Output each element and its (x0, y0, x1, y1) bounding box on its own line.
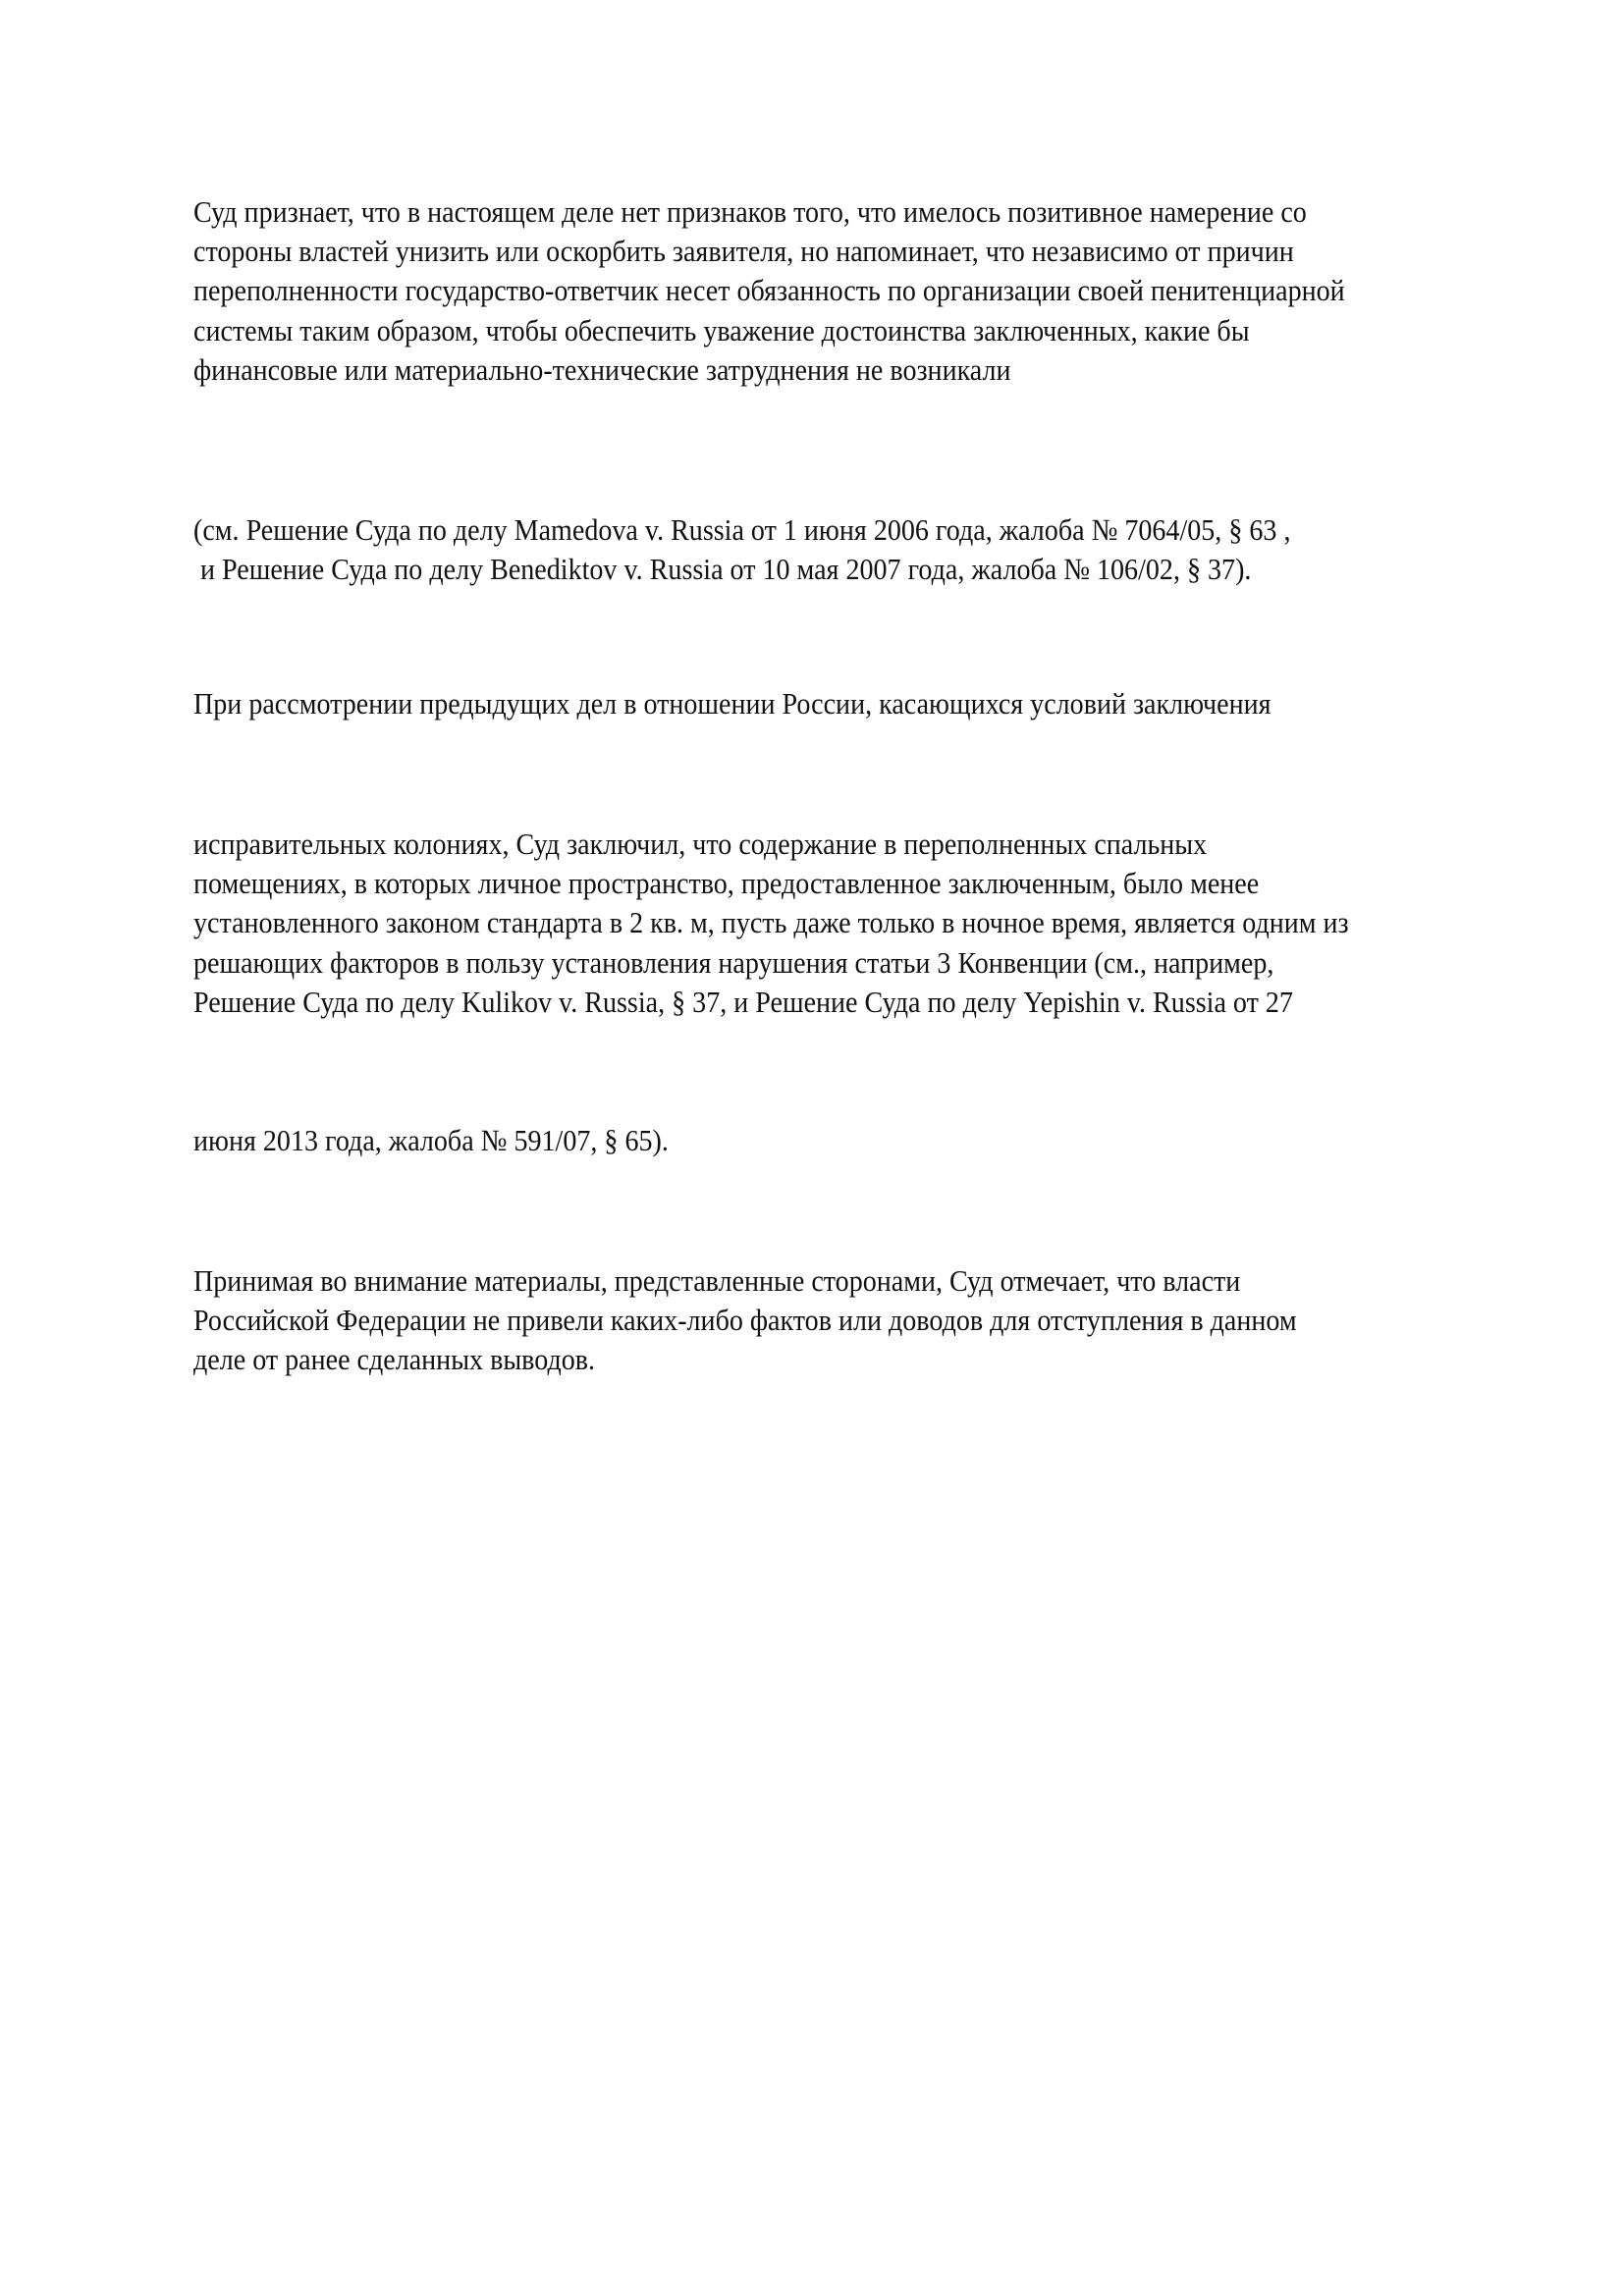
paragraph-4-line-1: исправительных колониях, Суд заключил, ч… (193, 825, 1207, 864)
paragraph-1-line-3: переполненности государство-ответчик нес… (193, 271, 1345, 310)
paragraph-2-line-1: (см. Решение Суда по делу Mamedova v. Ru… (193, 510, 1290, 550)
paragraph-1-line-2: стороны властей унизить или оскорбить за… (193, 232, 1294, 271)
paragraph-5-line-1: июня 2013 года, жалоба № 591/07, § 65). (193, 1121, 669, 1160)
paragraph-1-line-5: финансовые или материально-технические з… (193, 350, 1011, 390)
document-page: Суд признает, что в настоящем деле нет п… (0, 0, 1623, 2296)
paragraph-4-line-5: Решение Суда по делу Kulikov v. Russia, … (193, 983, 1293, 1022)
paragraph-4-line-3: установленного законом стандарта в 2 кв.… (193, 903, 1349, 942)
paragraph-6-line-3: деле от ранее сделанных выводов. (193, 1340, 595, 1379)
paragraph-2-line-2: и Решение Суда по делу Benediktov v. Rus… (193, 550, 1251, 589)
paragraph-6-line-2: Российской Федерации не привели каких-ли… (193, 1301, 1297, 1340)
paragraph-1-line-1: Суд признает, что в настоящем деле нет п… (193, 192, 1307, 232)
paragraph-4-line-4: решающих факторов в пользу установления … (193, 943, 1273, 983)
paragraph-1-line-4: системы таким образом, чтобы обеспечить … (193, 311, 1250, 350)
paragraph-4-line-2: помещениях, в которых личное пространств… (193, 864, 1259, 903)
paragraph-3-line-1: При рассмотрении предыдущих дел в отноше… (193, 684, 1271, 723)
paragraph-6-line-1: Принимая во внимание материалы, представ… (193, 1261, 1240, 1301)
